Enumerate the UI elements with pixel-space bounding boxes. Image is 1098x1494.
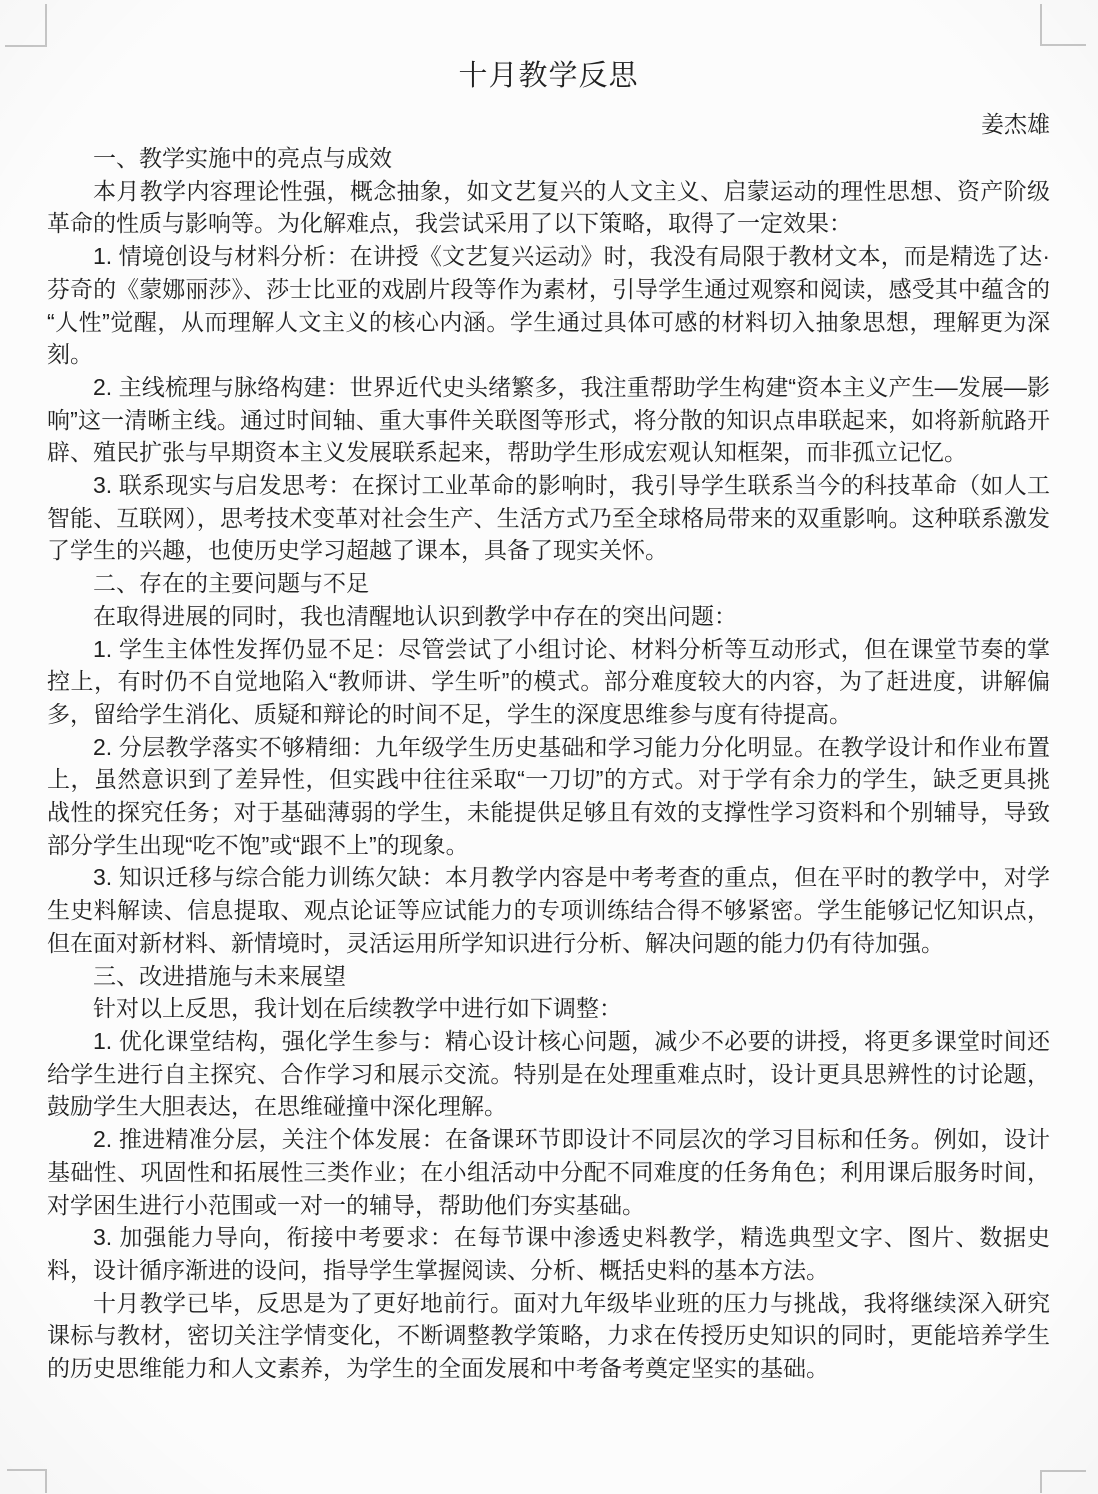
document-author: 姜杰雄 — [47, 108, 1050, 140]
paragraph: 2. 主线梳理与脉络构建：世界近代史头绪繁多，我注重帮助学生构建“资本主义产生—… — [47, 371, 1050, 469]
document-page: 十月教学反思 姜杰雄 一、教学实施中的亮点与成效 本月教学内容理论性强，概念抽象… — [0, 0, 1098, 1494]
paragraph: 2. 分层教学落实不够精细：九年级学生历史基础和学习能力分化明显。在教学设计和作… — [47, 731, 1050, 862]
paragraph: 1. 优化课堂结构，强化学生参与：精心设计核心问题，减少不必要的讲授，将更多课堂… — [47, 1025, 1050, 1123]
paragraph: 1. 学生主体性发挥仍显不足：尽管尝试了小组讨论、材料分析等互动形式，但在课堂节… — [47, 633, 1050, 731]
paragraph: 3. 联系现实与启发思考：在探讨工业革命的影响时，我引导学生联系当今的科技革命（… — [47, 469, 1050, 567]
paragraph: 3. 加强能力导向，衔接中考要求：在每节课中渗透史料教学，精选典型文字、图片、数… — [47, 1221, 1050, 1286]
paragraph: 2. 推进精准分层，关注个体发展：在备课环节即设计不同层次的学习目标和任务。例如… — [47, 1123, 1050, 1221]
paragraph: 1. 情境创设与材料分析：在讲授《文艺复兴运动》时，我没有局限于教材文本，而是精… — [47, 240, 1050, 371]
paragraph: 本月教学内容理论性强，概念抽象，如文艺复兴的人文主义、启蒙运动的理性思想、资产阶… — [47, 175, 1050, 240]
document-content: 十月教学反思 姜杰雄 一、教学实施中的亮点与成效 本月教学内容理论性强，概念抽象… — [47, 58, 1050, 1385]
crop-mark-bottom-left-icon — [7, 1469, 47, 1493]
document-title: 十月教学反思 — [47, 58, 1050, 94]
section-heading: 三、改进措施与未来展望 — [47, 960, 1050, 993]
paragraph: 十月教学已毕，反思是为了更好地前行。面对九年级毕业班的压力与挑战，我将继续深入研… — [47, 1287, 1050, 1385]
paragraph: 针对以上反思，我计划在后续教学中进行如下调整： — [47, 992, 1050, 1025]
section-heading: 二、存在的主要问题与不足 — [47, 567, 1050, 600]
section-heading: 一、教学实施中的亮点与成效 — [47, 142, 1050, 175]
paragraph: 3. 知识迁移与综合能力训练欠缺：本月教学内容是中考考查的重点，但在平时的教学中… — [47, 861, 1050, 959]
crop-mark-top-right-icon — [1040, 4, 1086, 46]
crop-mark-top-left-icon — [5, 4, 47, 47]
paragraph: 在取得进展的同时，我也清醒地认识到教学中存在的突出问题： — [47, 600, 1050, 633]
document-body: 一、教学实施中的亮点与成效 本月教学内容理论性强，概念抽象，如文艺复兴的人文主义… — [47, 142, 1050, 1385]
crop-mark-bottom-right-icon — [1040, 1470, 1086, 1493]
